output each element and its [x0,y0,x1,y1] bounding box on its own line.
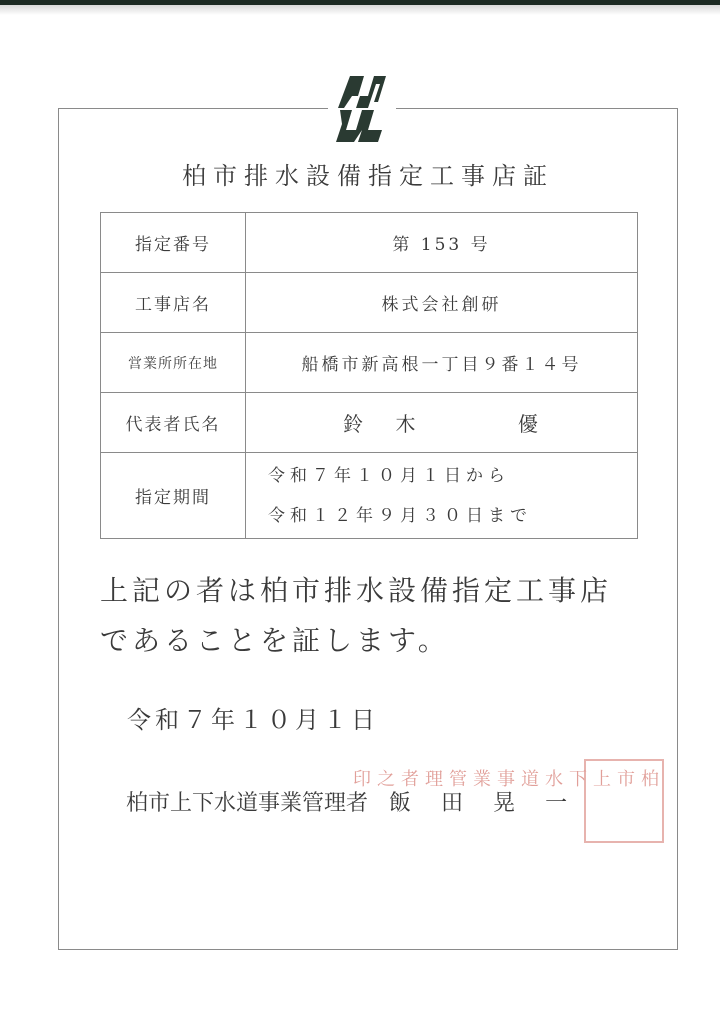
period-end: 令和１２年９月３０日まで [268,496,637,536]
designation-number-value: 第 153 号 [246,213,638,273]
designation-period-value: 令和７年１０月１日から 令和１２年９月３０日まで [246,453,638,539]
certificate-title: 柏市排水設備指定工事店証 [58,156,678,191]
official-seal-stamp: 柏市上下水道事業管理者之印 [584,759,664,843]
office-address-label: 営業所所在地 [101,333,246,393]
table-row: 指定番号 第 153 号 [101,213,638,273]
designation-period-label: 指定期間 [101,453,246,539]
statement-line: 上記の者は柏市排水設備指定工事店 [100,566,660,616]
certificate-info-table: 指定番号 第 153 号 工事店名 株式会社創研 営業所所在地 船橋市新高根一丁… [100,212,638,539]
table-row: 指定期間 令和７年１０月１日から 令和１２年９月３０日まで [101,453,638,539]
issuer-name-part: 晃 [493,786,515,817]
issuer-name: 飯田晃一 [389,791,597,816]
representative-name-label: 代表者氏名 [101,393,246,453]
office-address-value: 船橋市新高根一丁目９番１４号 [246,333,638,393]
certification-statement: 上記の者は柏市排水設備指定工事店 であることを証します。 [100,566,660,666]
issue-date: 令和７年１０月１日 [127,700,379,735]
statement-line: であることを証します。 [100,616,660,666]
issuer-name-part: 田 [441,786,463,817]
city-emblem-icon [328,72,396,144]
table-row: 工事店名 株式会社創研 [101,273,638,333]
issuer-name-part: 飯 [389,786,411,817]
table-row: 代表者氏名 鈴 木 優 [101,393,638,453]
representative-name-value: 鈴 木 優 [246,393,638,453]
representative-name-part: 鈴 [343,408,365,437]
designation-number-label: 指定番号 [101,213,246,273]
scan-shadow [0,5,720,15]
issuer-name-part: 一 [545,786,567,817]
table-row: 営業所所在地 船橋市新高根一丁目９番１４号 [101,333,638,393]
contractor-name-label: 工事店名 [101,273,246,333]
period-start: 令和７年１０月１日から [268,456,637,496]
representative-name-part: 優 [518,408,540,437]
contractor-name-value: 株式会社創研 [246,273,638,333]
issuer-title: 柏市上下水道事業管理者 [126,791,368,816]
representative-name-part: 木 [396,408,418,437]
issuer-line: 柏市上下水道事業管理者 飯田晃一 [126,786,597,817]
